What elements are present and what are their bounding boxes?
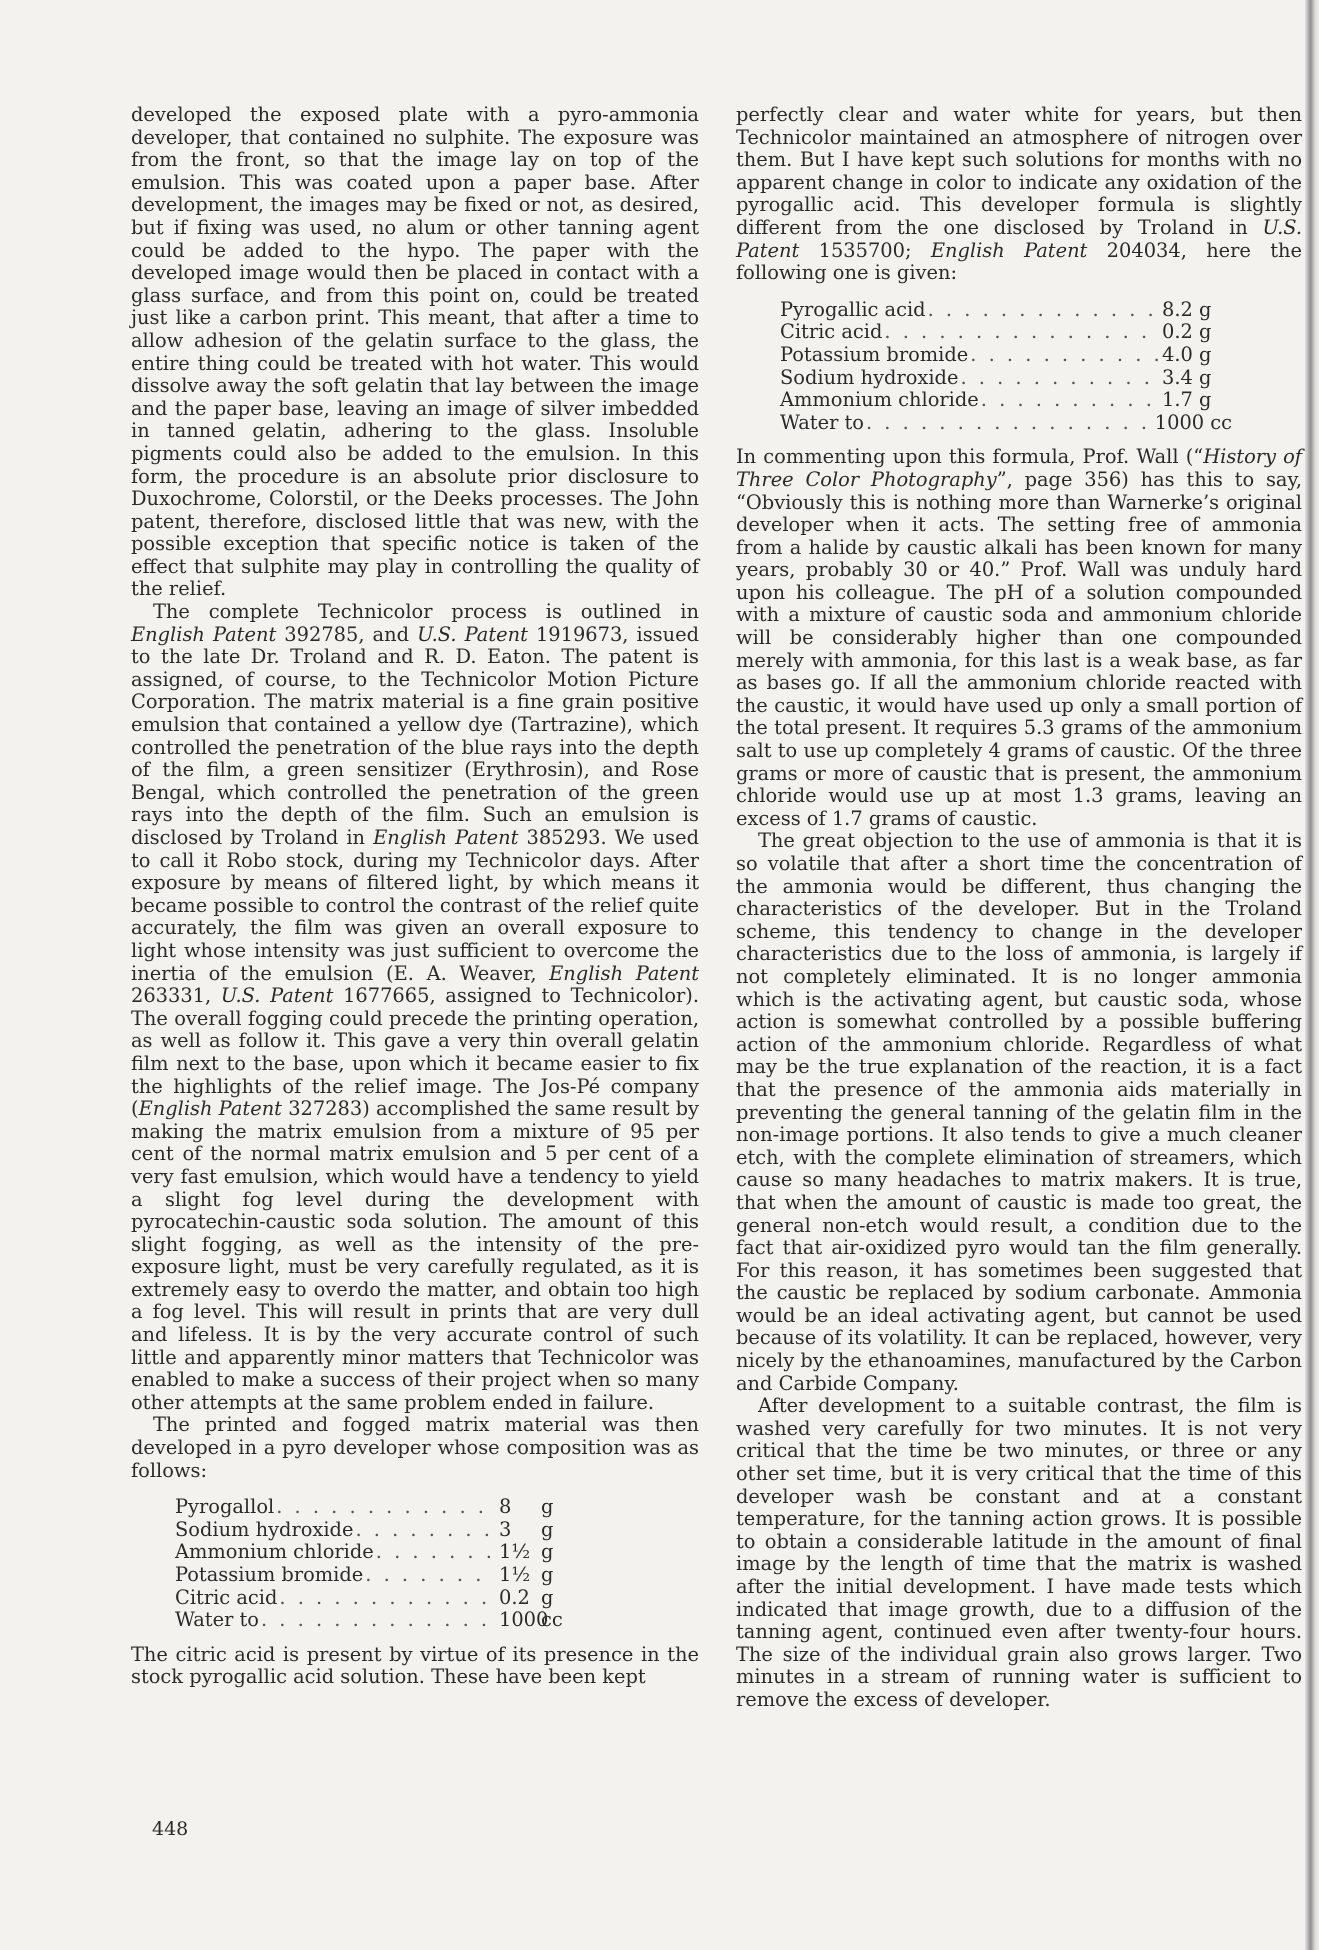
book-gutter-shadow xyxy=(1305,0,1319,1950)
formula-row: Sodium hydroxide3g xyxy=(175,1519,575,1542)
paragraph-john-patent: developed the exposed plate with a pyro-… xyxy=(131,104,699,601)
leader-dots xyxy=(376,1541,495,1564)
pyro-developer-formula: Pyrogallol8g Sodium hydroxide3g Ammonium… xyxy=(175,1496,575,1632)
leader-dots xyxy=(279,1587,495,1610)
leader-dots xyxy=(981,389,1158,412)
paragraph-troland-formula-intro: perfectly clear and water white for year… xyxy=(736,104,1302,285)
leader-dots xyxy=(355,1519,495,1542)
leader-dots xyxy=(960,367,1158,390)
troland-developer-formula: Pyrogallic acid8.2 g Citric acid0.2 g Po… xyxy=(780,299,1232,435)
right-column: perfectly clear and water white for year… xyxy=(736,104,1302,1712)
formula-row: Potassium bromide4.0 g xyxy=(780,344,1232,367)
leader-dots xyxy=(970,344,1158,367)
page-number: 448 xyxy=(152,1818,188,1840)
formula-row: Ammonium chloride1½g xyxy=(175,1541,575,1564)
paragraph-technicolor-process: The complete Technicolor process is outl… xyxy=(131,601,699,1414)
leader-dots xyxy=(884,321,1158,344)
paragraph-citric-acid: The citric acid is present by virtue of … xyxy=(131,1644,699,1689)
leader-dots xyxy=(365,1564,495,1587)
formula-row: Ammonium chloride1.7 g xyxy=(780,389,1232,412)
formula-row: Citric acid0.2 g xyxy=(780,321,1232,344)
leader-dots xyxy=(928,299,1158,322)
formula-row: Water to1000cc xyxy=(175,1609,575,1632)
formula-row: Pyrogallic acid8.2 g xyxy=(780,299,1232,322)
leader-dots xyxy=(261,1609,495,1632)
leader-dots xyxy=(866,412,1151,435)
paragraph-after-development: After development to a suitable contrast… xyxy=(736,1395,1302,1711)
paragraph-ammonia-objection: The great objection to the use of ammoni… xyxy=(736,830,1302,1395)
formula-row: Citric acid0.2g xyxy=(175,1587,575,1610)
paragraph-prof-wall-comment: In commenting upon this formula, Prof. W… xyxy=(736,446,1302,830)
formula-row: Water to1000 cc xyxy=(780,412,1232,435)
paragraph-pyro-developer-intro: The printed and fogged matrix material w… xyxy=(131,1414,699,1482)
formula-row: Potassium bromide1½g xyxy=(175,1564,575,1587)
leader-dots xyxy=(276,1496,495,1519)
formula-row: Pyrogallol8g xyxy=(175,1496,575,1519)
left-column: developed the exposed plate with a pyro-… xyxy=(131,104,699,1689)
formula-row: Sodium hydroxide3.4 g xyxy=(780,367,1232,390)
